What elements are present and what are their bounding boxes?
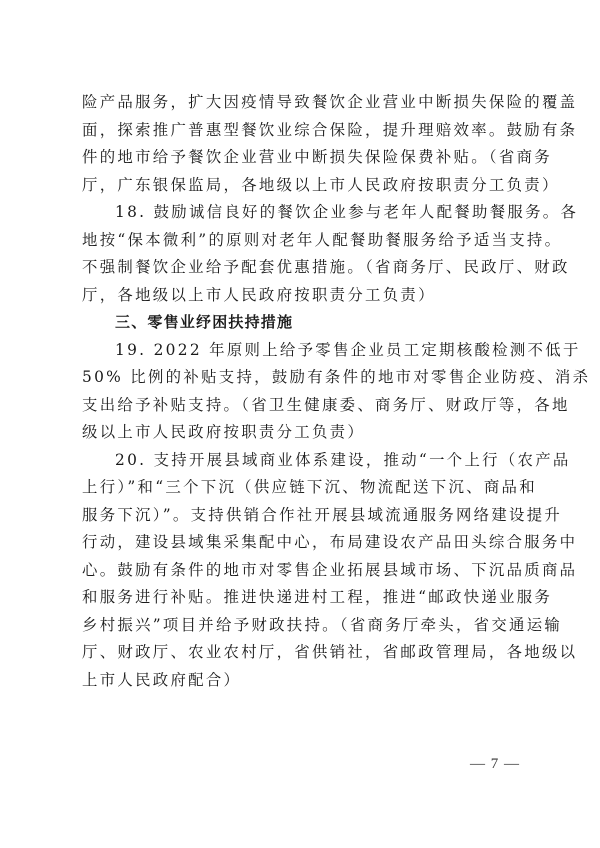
text-line: 19. 2022 年原则上给予零售企业员工定期核酸检测不低于 [82,337,522,365]
text-line: 厅、财政厅、农业农村厅，省供销社，省邮政管理局，各地级以 [82,639,522,667]
text-line: 支出给予补贴支持。（省卫生健康委、商务厅、财政厅等，各地 [82,392,522,420]
section-title: 三、零售业纾困扶持措施 [82,309,522,337]
document-body: 险产品服务，扩大因疫情导致餐饮企业营业中断损失保险的覆盖 面，探索推广普惠型餐饮… [82,89,522,694]
section-heading: 三、零售业纾困扶持措施 [82,309,522,337]
paragraph-20: 20. 支持开展县域商业体系建设，推动“一个上行（农产品 上行）”和“三个下沉（… [82,447,522,695]
text-line: 心。鼓励有条件的地市对零售企业拓展县域市场、下沉品质商品 [82,557,522,585]
text-line: 级以上市人民政府按职责分工负责） [82,419,522,447]
text-line: 件的地市给予餐饮企业营业中断损失保险保费补贴。（省商务 [82,144,522,172]
text-line: 50% 比例的补贴支持，鼓励有条件的地市对零售企业防疫、消杀 [82,364,522,392]
paragraph-18: 18. 鼓励诚信良好的餐饮企业参与老年人配餐助餐服务。各 地按“保本微利”的原则… [82,199,522,309]
text-line: 和服务进行补贴。推进快递进村工程，推进“邮政快递业服务 [82,584,522,612]
text-line: 乡村振兴”项目并给予财政扶持。（省商务厅牵头，省交通运输 [82,612,522,640]
text-line: 上市人民政府配合） [82,667,522,695]
text-line: 面，探索推广普惠型餐饮业综合保险，提升理赔效率。鼓励有条 [82,117,522,145]
page-number: — 7 — [470,756,520,773]
text-line: 不强制餐饮企业给予配套优惠措施。（省商务厅、民政厅、财政 [82,254,522,282]
text-line: 20. 支持开展县域商业体系建设，推动“一个上行（农产品 [82,447,522,475]
text-line: 险产品服务，扩大因疫情导致餐饮企业营业中断损失保险的覆盖 [82,89,522,117]
text-line: 上行）”和“三个下沉（供应链下沉、物流配送下沉、商品和 [82,474,522,502]
text-line: 服务下沉）”。支持供销合作社开展县域流通服务网络建设提升 [82,502,522,530]
text-line: 18. 鼓励诚信良好的餐饮企业参与老年人配餐助餐服务。各 [82,199,522,227]
paragraph-17-continued: 险产品服务，扩大因疫情导致餐饮企业营业中断损失保险的覆盖 面，探索推广普惠型餐饮… [82,89,522,199]
text-line: 行动，建设县域集采集配中心，布局建设农产品田头综合服务中 [82,529,522,557]
paragraph-19: 19. 2022 年原则上给予零售企业员工定期核酸检测不低于 50% 比例的补贴… [82,337,522,447]
text-line: 厅，广东银保监局，各地级以上市人民政府按职责分工负责） [82,172,522,200]
text-line: 厅，各地级以上市人民政府按职责分工负责） [82,282,522,310]
text-line: 地按“保本微利”的原则对老年人配餐助餐服务给予适当支持。 [82,227,522,255]
